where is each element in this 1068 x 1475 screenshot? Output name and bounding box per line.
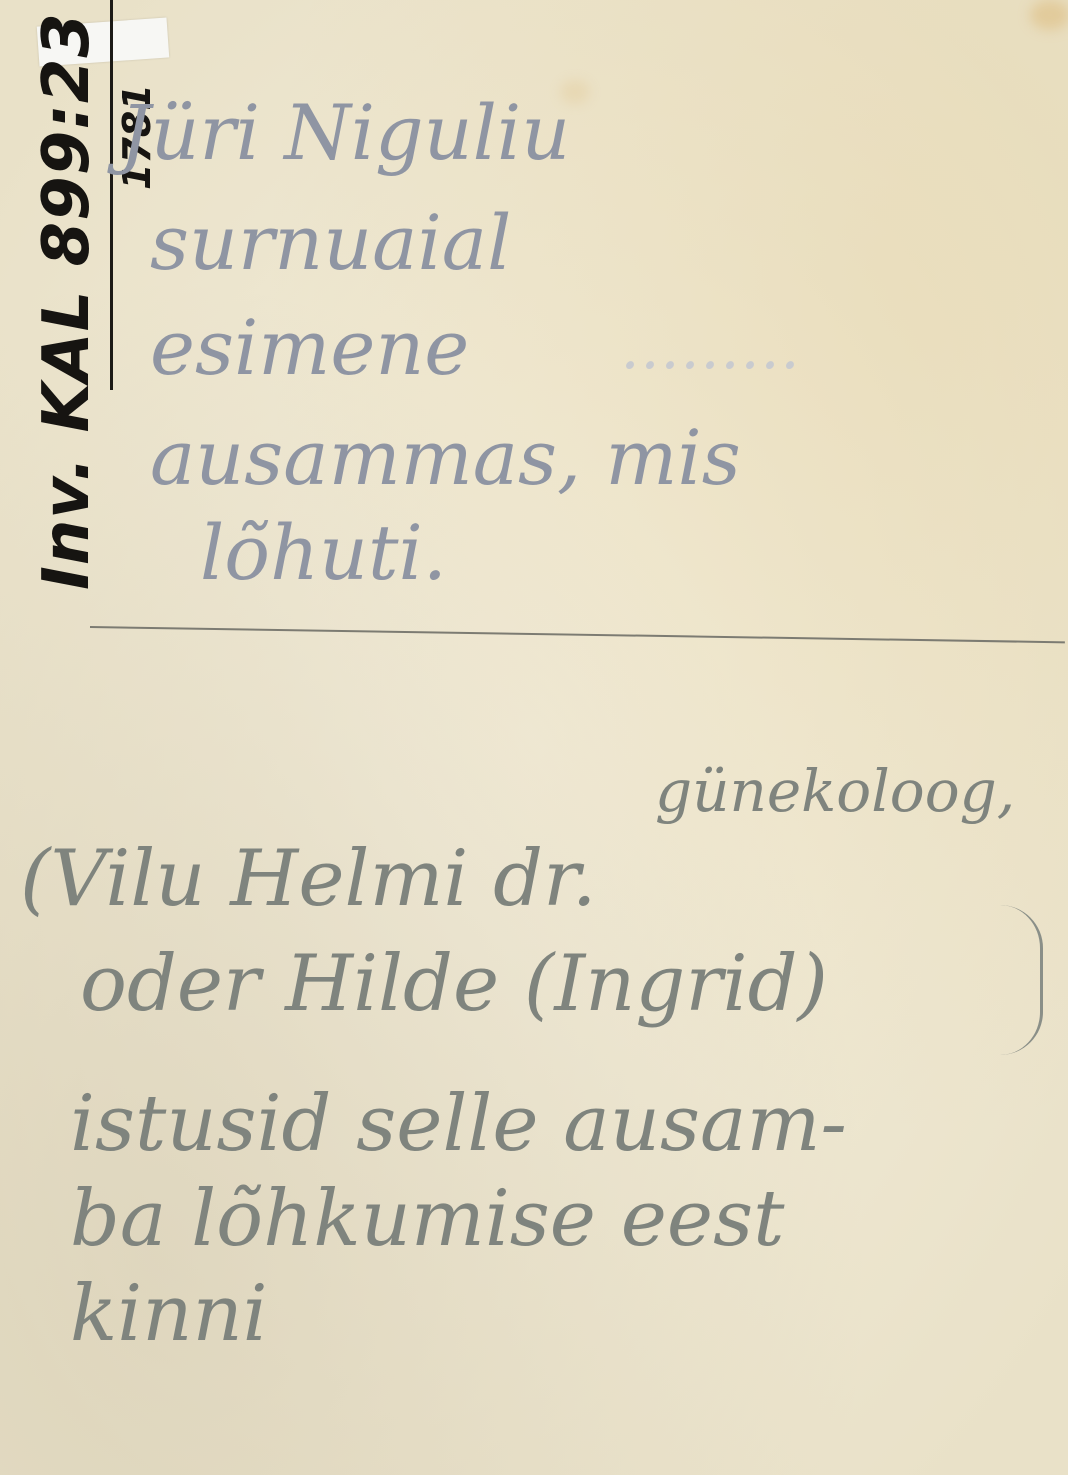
bottom-note-superscript: günekoloog, bbox=[655, 762, 1015, 820]
paper-stain bbox=[1030, 0, 1068, 30]
bottom-note-line-3: istusid selle ausam- bbox=[70, 1085, 847, 1163]
bottom-note-line-2: oder Hilde (Ingrid) bbox=[80, 945, 828, 1023]
top-note-line-4: ausammas, mis bbox=[150, 420, 741, 496]
bottom-note-line-1: (Vilu Helmi dr. bbox=[20, 840, 597, 918]
top-note-line-1: Jüri Niguliu bbox=[120, 95, 570, 171]
inventory-number: Inv. KAL 899:23 bbox=[30, 12, 104, 590]
bottom-note-line-5: kinni bbox=[70, 1275, 268, 1353]
top-note-faded-word: ……… bbox=[620, 318, 800, 378]
inventory-underline bbox=[110, 0, 113, 390]
top-note-line-5: lõhuti. bbox=[200, 515, 447, 591]
bottom-note-line-4: ba lõhkumise eest bbox=[70, 1180, 784, 1258]
top-note-line-3: esimene bbox=[150, 310, 469, 386]
closing-bracket bbox=[1000, 905, 1043, 1055]
top-note-line-2: surnuaial bbox=[150, 205, 511, 281]
